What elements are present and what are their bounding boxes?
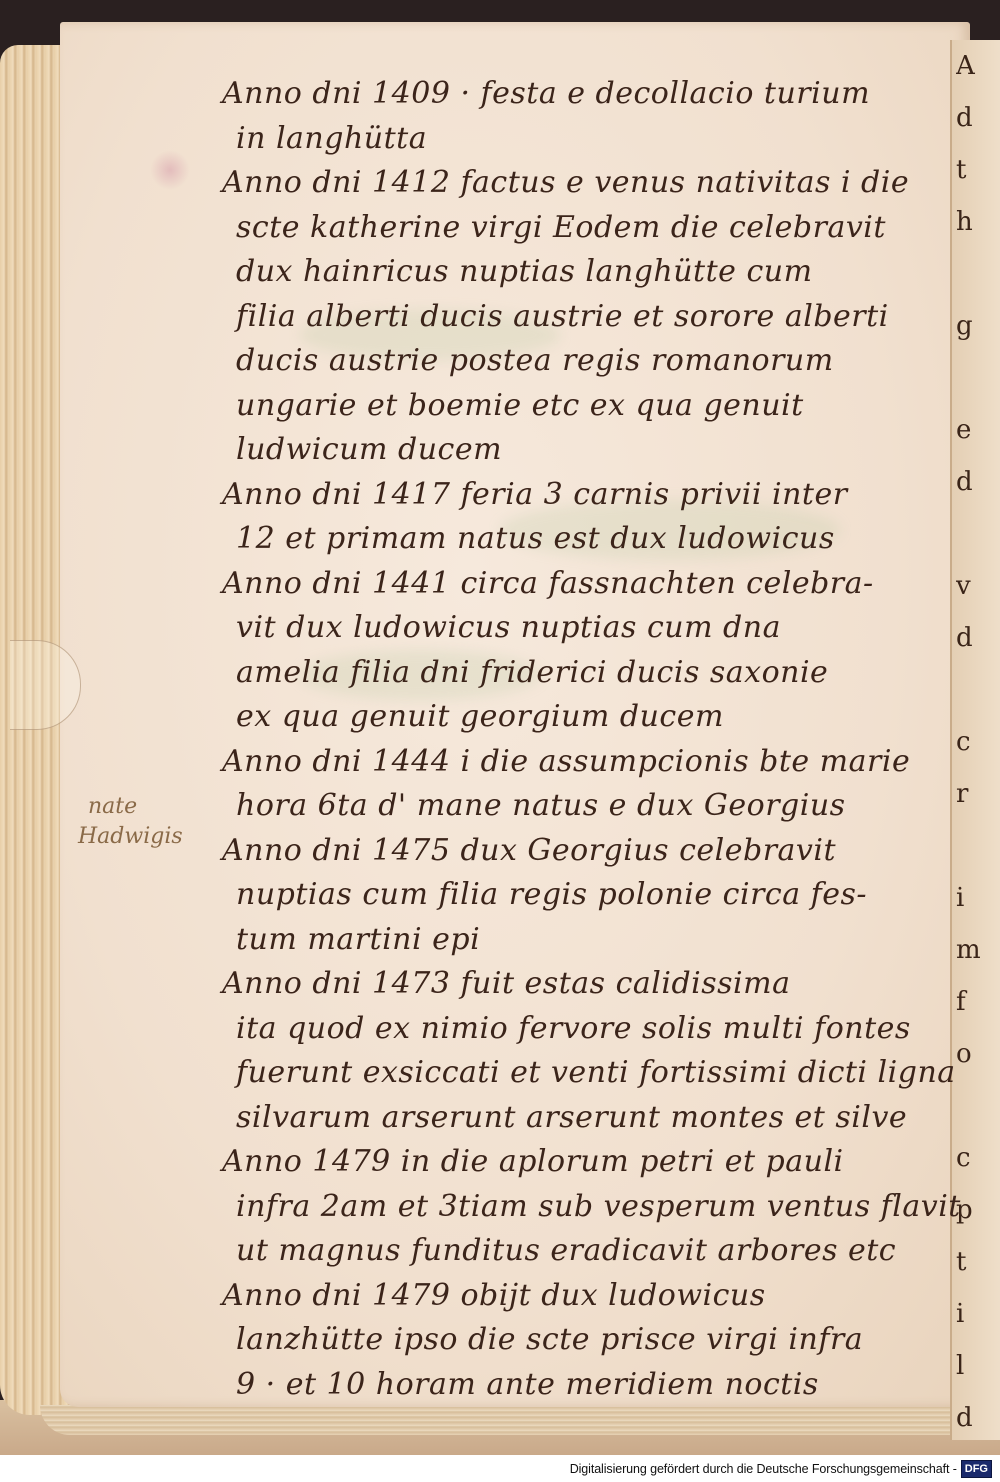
ink-smudge [150, 150, 190, 190]
manuscript-line: Anno dni 1412 factus e venus nativitas i… [222, 161, 942, 206]
manuscript-line: ungarie et boemie etc ex qua genuit [222, 384, 942, 429]
manuscript-line: Anno dni 1417 feria 3 carnis privii inte… [222, 473, 942, 518]
manuscript-line: 12 et primam natus est dux ludowicus [222, 517, 942, 562]
facing-page-fragment: A d t h g e d v d c r i m f o c p t i l … [950, 40, 1000, 1440]
manuscript-text: Anno dni 1409 · festa e decollacio turiu… [222, 72, 942, 1407]
margin-note-line: nate [78, 792, 208, 822]
manuscript-line: filia alberti ducis austrie et sorore al… [222, 295, 942, 340]
manuscript-line: Anno dni 1473 fuit estas calidissima [222, 962, 942, 1007]
manuscript-line: ducis austrie postea regis romanorum [222, 339, 942, 384]
manuscript-line: lanzhütte ipso die scte prisce virgi inf… [222, 1318, 942, 1363]
funding-credit: Digitalisierung gefördert durch die Deut… [570, 1462, 957, 1476]
margin-note-line: Hadwigis [78, 822, 208, 852]
dfg-logo: DFG [961, 1460, 992, 1478]
manuscript-line: Anno dni 1409 · festa e decollacio turiu… [222, 72, 942, 117]
manuscript-line: tum martini epi [222, 918, 942, 963]
margin-note: nate Hadwigis [78, 792, 208, 852]
manuscript-line: scte katherine virgi Eodem die celebravi… [222, 206, 942, 251]
manuscript-scan: A d t h g e d v d c r i m f o c p t i l … [0, 0, 1000, 1455]
manuscript-line: infra 2am et 3tiam sub vesperum ventus f… [222, 1185, 942, 1230]
page-stack-bottom-edge [40, 1405, 960, 1435]
manuscript-line: nuptias cum filia regis polonie circa fe… [222, 873, 942, 918]
manuscript-line: amelia filia dni friderici ducis saxonie [222, 651, 942, 696]
manuscript-line: dux hainricus nuptias langhütte cum [222, 250, 942, 295]
facing-page-text: A d t h g e d v d c r i m f o c p t i l … [956, 40, 1000, 1440]
footer-credit-bar: Digitalisierung gefördert durch die Deut… [0, 1455, 1000, 1482]
manuscript-line: Anno 1479 in die aplorum petri et pauli [222, 1140, 942, 1185]
manuscript-line: ludwicum ducem [222, 428, 942, 473]
manuscript-line: in langhütta [222, 117, 942, 162]
manuscript-line: Anno dni 1444 i die assumpcionis bte mar… [222, 740, 942, 785]
manuscript-line: silvarum arserunt arserunt montes et sil… [222, 1096, 942, 1141]
manuscript-line: Anno dni 1479 obijt dux ludowicus [222, 1274, 942, 1319]
manuscript-line: 9 · et 10 horam ante meridiem noctis [222, 1363, 942, 1408]
manuscript-line: ita quod ex nimio fervore solis multi fo… [222, 1007, 942, 1052]
manuscript-line: vit dux ludowicus nuptias cum dna [222, 606, 942, 651]
manuscript-line: Anno dni 1475 dux Georgius celebravit [222, 829, 942, 874]
manuscript-line: ex qua genuit georgium ducem [222, 695, 942, 740]
manuscript-line: fuerunt exsiccati et venti fortissimi di… [222, 1051, 942, 1096]
manuscript-line: ut magnus funditus eradicavit arbores et… [222, 1229, 942, 1274]
manuscript-line: Anno dni 1441 circa fassnachten celebra- [222, 562, 942, 607]
manuscript-line: hora 6ta d' mane natus e dux Georgius [222, 784, 942, 829]
